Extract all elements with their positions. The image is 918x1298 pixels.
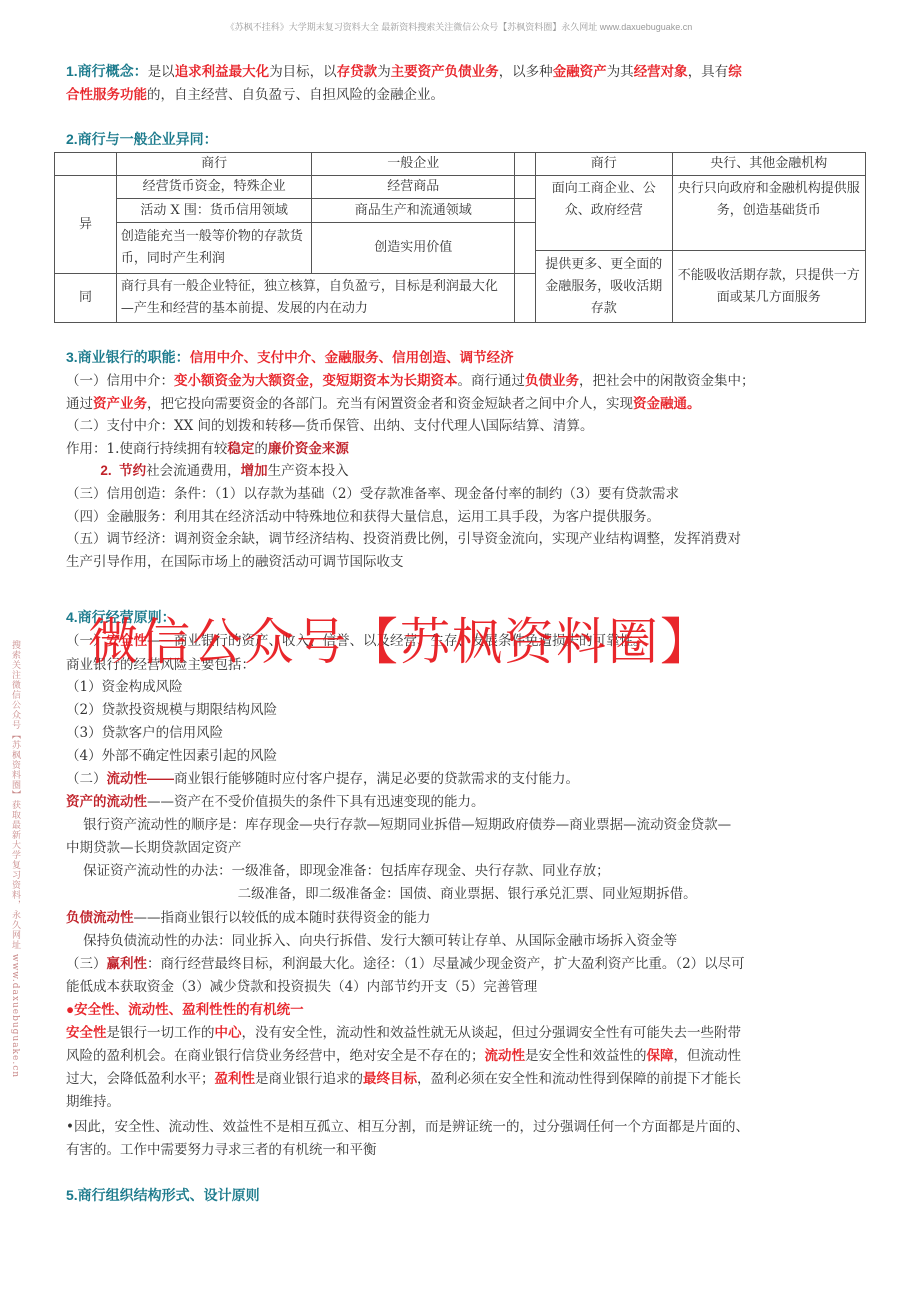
text-run: （四）金融服务：利用其在经济活动中特殊地位和获得大量信息，运用工具手段，为客户提… [66,509,660,525]
header-banner: 《苏枫不挂科》大学期末复习资料大全 最新资料搜索关注微信公众号【苏枫资料圈】永久… [0,20,918,33]
paragraph-line: 生产引导作用，在国际市场上的融资活动可调节国际收支 [66,551,404,573]
section1-title: 1.商行概念： [66,63,148,79]
text-run: 为 [377,64,391,80]
paragraph-line: •因此，安全性、流动性、效益性不是相互孤立、相互分割，而是辨证统一的，过分强调任… [66,1116,749,1138]
text-run: 的 [254,441,268,457]
paragraph-line: 保证资产流动性的办法：一级准备，即现金准备：包括库存现金、央行存款、同业存放； [66,860,610,882]
emphasis-text: 安全性 [107,633,148,648]
emphasis-text: 流动性 [485,1048,526,1063]
paragraph-line: 2. 节约社会流通费用，增加生产资本投入 [66,460,349,482]
emphasis-text: 廉价资金来源 [268,441,349,456]
text-run: 能低成本获取资金（3）减少贷款和投资损失（4）内部节约开支（5）完善管理 [66,979,537,995]
text-run: 商业银行的经营风险主要包括： [66,657,255,673]
table-cell: 央行只向政府和金融机构提供服务，创造基础货币 [672,176,865,251]
paragraph-line: 安全性是银行一切工作的中心，没有安全性，流动性和效益性就无从谈起，但过分强调安全… [66,1022,741,1044]
emphasis-text: 经营对象 [634,64,688,79]
emphasis-text: 安全性 [66,1025,107,1040]
text-run: 社会流通费用， [146,463,241,479]
paragraph-line: 能低成本获取资金（3）减少贷款和投资损失（4）内部节约开支（5）完善管理 [66,976,537,998]
emphasis-text: 综 [728,64,742,79]
section2-title: 2.商行与一般企业异同： [66,131,218,147]
table-cell-same: 商行具有一般企业特征，独立核算，自负盈亏，目标是利润最大化—产生和经营的基本前提… [116,274,514,323]
table-cell: 创造实用价值 [312,223,515,274]
table-header-central-bank: 央行、其他金融机构 [672,153,865,176]
paragraph-line: ●安全性、流动性、盈利性性的有机统一 [66,999,304,1021]
table-spacer-column [514,152,536,323]
emphasis-text: 稳定 [227,441,254,456]
table-cell: 不能吸收活期存款，只提供一方面或某几方面服务 [672,251,865,323]
text-run: 生产引导作用，在国际市场上的融资活动可调节国际收支 [66,554,404,570]
section3-title: 3.商业银行的职能： [66,349,190,365]
paragraph-line: 保持负债流动性的办法：同业拆入、向央行拆借、发行大额可转让存单、从国际金融市场拆… [66,930,677,952]
paragraph-line: （1）资金构成风险 [66,676,183,698]
text-run: （2）贷款投资规模与期限结构风险 [66,702,277,718]
text-run: 通过 [66,396,93,412]
paragraph-line: 过大，会降低盈利水平；盈利性是商业银行追求的最终目标，盈利必须在安全性和流动性得… [66,1068,741,1090]
table-row-label-diff: 异 [55,176,117,274]
emphasis-text: 合性服务功能 [66,87,147,102]
emphasis-text: 负债业务 [525,373,579,388]
section4-title: 4.商行经营原则： [66,609,176,625]
paragraph-line: 银行资产流动性的顺序是：库存现金—央行存款—短期同业拆借—短期政府债券—商业票据… [66,814,731,836]
emphasis-text: 追求利益最大化 [175,64,270,79]
text-run: （三） [66,956,107,972]
text-run: ，把它投向需要资金的各部门。充当有闲置资金者和资金短缺者之间中介人，实现 [147,396,633,412]
paragraph-line: （3）贷款客户的信用风险 [66,722,223,744]
text-run: ——指商业银行以较低的成本随时获得资金的能力 [134,910,431,926]
text-run: （一） [66,633,107,649]
emphasis-text: 变小额资金为大额资金，变短期资本为长期资本 [174,373,458,388]
text-run: （一）信用中介： [66,373,174,389]
emphasis-text: 2. 节约 [100,463,146,478]
emphasis-text: 资金融通。 [633,396,701,411]
text-run: 保持负债流动性的办法：同业拆入、向央行拆借、发行大额可转让存单、从国际金融市场拆… [66,933,677,949]
emphasis-text: 负债流动性 [66,910,134,925]
table-row-label-same: 同 [55,274,117,323]
emphasis-text: 增加 [241,463,268,478]
text-run: ，具有 [688,64,729,80]
paragraph-line: 有害的。工作中需要努力寻求三者的有机统一和平衡 [66,1139,377,1161]
section1-line2: 合性服务功能的，自主经营、自负盈亏、自担风险的金融企业。 [66,84,444,106]
text-run: ——资产在不受价值损失的条件下具有迅速变现的能力。 [147,794,485,810]
paragraph-line: 风险的盈利机会。在商业银行信贷业务经营中，绝对安全是不存在的；流动性是安全性和效… [66,1045,741,1067]
text-run: ，以多种 [499,64,553,80]
emphasis-text: 流动性—— [107,771,175,786]
text-run: 为其 [607,64,634,80]
text-run: 银行资产流动性的顺序是：库存现金—央行存款—短期同业拆借—短期政府债券—商业票据… [66,817,731,833]
emphasis-text: 主要资产负债业务 [391,64,499,79]
table-cell: 创造能充当一般等价物的存款货币，同时产生利润 [116,223,312,274]
table-cell: 经营货币资金，特殊企业 [116,176,312,199]
section2-title-line: 2.商行与一般企业异同： [66,128,218,151]
text-run: 生产资本投入 [268,463,349,479]
section3-title-line: 3.商业银行的职能：信用中介、支付中介、金融服务、信用创造、调节经济 [66,346,514,369]
text-run: 有害的。工作中需要努力寻求三者的有机统一和平衡 [66,1142,377,1158]
paragraph-line: （4）外部不确定性因素引起的风险 [66,745,277,767]
text-run: 期维持。 [66,1094,120,1110]
text-run [66,463,100,479]
comparison-table-general: 商行 一般企业 异 经营货币资金，特殊企业 经营商品 活动 X 围：货币信用领域… [54,152,515,323]
paragraph-line: 期维持。 [66,1091,120,1113]
emphasis-text: 存贷款 [337,64,378,79]
table-cell: 商品生产和流通领域 [312,199,515,223]
section5-title-line: 5.商行组织结构形式、设计原则 [66,1184,260,1207]
text-run: （五）调节经济：调剂资金余缺，调节经济结构、投资消费比例，引导资金流向，实现产业… [66,531,741,547]
text-run: （二） [66,771,107,787]
emphasis-text: 金融资产 [553,64,607,79]
table-cell: 活动 X 围：货币信用领域 [116,199,312,223]
text-run: （4）外部不确定性因素引起的风险 [66,748,277,764]
text-run: （3）贷款客户的信用风险 [66,725,223,741]
section4-title-line: 4.商行经营原则： [66,606,176,629]
text-run: ，盈利必须在安全性和流动性得到保障的前提下才能长 [417,1071,741,1087]
section1-line1: 1.商行概念：是以追求利益最大化为目标，以存贷款为主要资产负债业务，以多种金融资… [66,60,742,83]
emphasis-text: 最终目标 [363,1071,417,1086]
paragraph-line: （一）信用中介：变小额资金为大额资金，变短期资本为长期资本。商行通过负债业务，把… [66,370,755,392]
emphasis-text: 资产业务 [93,396,147,411]
section3-title-functions: 信用中介、支付中介、金融服务、信用创造、调节经济 [190,350,514,365]
emphasis-text: 赢利性 [107,956,148,971]
emphasis-text: 盈利性 [215,1071,256,1086]
text-run: 是以 [148,64,175,80]
emphasis-text: 资产的流动性 [66,794,147,809]
paragraph-line: （三）信用创造：条件：（1）以存款为基础（2）受存款准备率、现金备付率的制约（3… [66,483,679,505]
text-run: •因此，安全性、流动性、效益性不是相互孤立、相互分割，而是辨证统一的，过分强调任… [66,1119,749,1135]
table-cell: 面向工商企业、公众、政府经营 [536,176,673,251]
side-watermark-note: 搜索关注微信公众号【苏枫资料圈】获取最新大学复习资料，永久网址 www.daxu… [8,640,22,1078]
emphasis-text: 中心 [215,1025,242,1040]
text-run: ，没有安全性，流动性和效益性就无从谈起，但过分强调安全性有可能失去一些附带 [242,1025,742,1041]
text-run: 商业银行能够随时应付客户提存，满足必要的贷款需求的支付能力。 [174,771,579,787]
text-run: 是商业银行追求的 [255,1071,363,1087]
paragraph-line: （五）调节经济：调剂资金余缺，调节经济结构、投资消费比例，引导资金流向，实现产业… [66,528,741,550]
paragraph-line: （四）金融服务：利用其在经济活动中特殊地位和获得大量信息，运用工具手段，为客户提… [66,506,660,528]
text-run: 为目标，以 [269,64,337,80]
paragraph-line: （一）安全性——商业银行的资产、收入、信誉、以及经营、生存、发展条件免遭损失的可… [66,630,647,652]
text-run: ——商业银行的资产、收入、信誉、以及经营、生存、发展条件免遭损失的可靠性。 [147,633,647,649]
text-run: 作用：1.使商行持续拥有较 [66,441,227,457]
text-run: （1）资金构成风险 [66,679,183,695]
text-run: 二级准备，即二级准备金：国债、商业票据、银行承兑汇票、同业短期拆借。 [66,886,697,902]
text-run: （三）信用创造：条件：（1）以存款为基础（2）受存款准备率、现金备付率的制约（3… [66,486,679,502]
paragraph-line: 商业银行的经营风险主要包括： [66,654,255,676]
paragraph-line: （2）贷款投资规模与期限结构风险 [66,699,277,721]
emphasis-text: ●安全性、流动性、盈利性性的有机统一 [66,1002,304,1017]
text-run: 。商行通过 [458,373,526,389]
table-header-enterprise: 一般企业 [312,153,515,176]
text-run: ：商行经营最终目标，利润最大化。途径：（1）尽量减少现金资产，扩大盈利资产比重。… [147,956,745,972]
paragraph-line: （二）支付中介：XX 间的划拨和转移—货币保管、出纳、支付代理人\国际结算、清算… [66,415,594,437]
table-header-bank: 商行 [116,153,312,176]
paragraph-line: 二级准备，即二级准备金：国债、商业票据、银行承兑汇票、同业短期拆借。 [66,883,697,905]
table-cell: 提供更多、更全面的金融服务，吸收活期存款 [536,251,673,323]
text-run: 风险的盈利机会。在商业银行信贷业务经营中，绝对安全是不存在的； [66,1048,485,1064]
text-run: 保证资产流动性的办法：一级准备，即现金准备：包括库存现金、央行存款、同业存放； [66,863,610,879]
paragraph-line: 作用：1.使商行持续拥有较稳定的廉价资金来源 [66,438,349,460]
paragraph-line: 负债流动性——指商业银行以较低的成本随时获得资金的能力 [66,907,431,929]
paragraph-line: 通过资产业务，把它投向需要资金的各部门。充当有闲置资金者和资金短缺者之间中介人，… [66,393,701,415]
text-run: （二）支付中介：XX 间的划拨和转移—货币保管、出纳、支付代理人\国际结算、清算… [66,418,594,434]
section5-title: 5.商行组织结构形式、设计原则 [66,1187,260,1203]
emphasis-text: 保障 [647,1048,674,1063]
text-run: 过大，会降低盈利水平； [66,1071,215,1087]
table-header-blank [55,153,117,176]
paragraph-line: 中期贷款—长期贷款固定资产 [66,837,242,859]
text-run: 是安全性和效益性的 [525,1048,647,1064]
table-cell: 经营商品 [312,176,515,199]
comparison-table-central-bank: 商行 央行、其他金融机构 面向工商企业、公众、政府经营 央行只向政府和金融机构提… [535,152,866,323]
text-run: 的，自主经营、自负盈亏、自担风险的金融企业。 [147,87,444,103]
paragraph-line: 资产的流动性——资产在不受价值损失的条件下具有迅速变现的能力。 [66,791,485,813]
text-run: ，把社会中的闲散资金集中； [579,373,755,389]
paragraph-line: （二）流动性——商业银行能够随时应付客户提存，满足必要的贷款需求的支付能力。 [66,768,579,790]
text-run: 中期贷款—长期贷款固定资产 [66,840,242,856]
text-run: 是银行一切工作的 [107,1025,215,1041]
paragraph-line: （三）赢利性：商行经营最终目标，利润最大化。途径：（1）尽量减少现金资产，扩大盈… [66,953,745,975]
text-run: ，但流动性 [674,1048,742,1064]
table-header-bank: 商行 [536,153,673,176]
